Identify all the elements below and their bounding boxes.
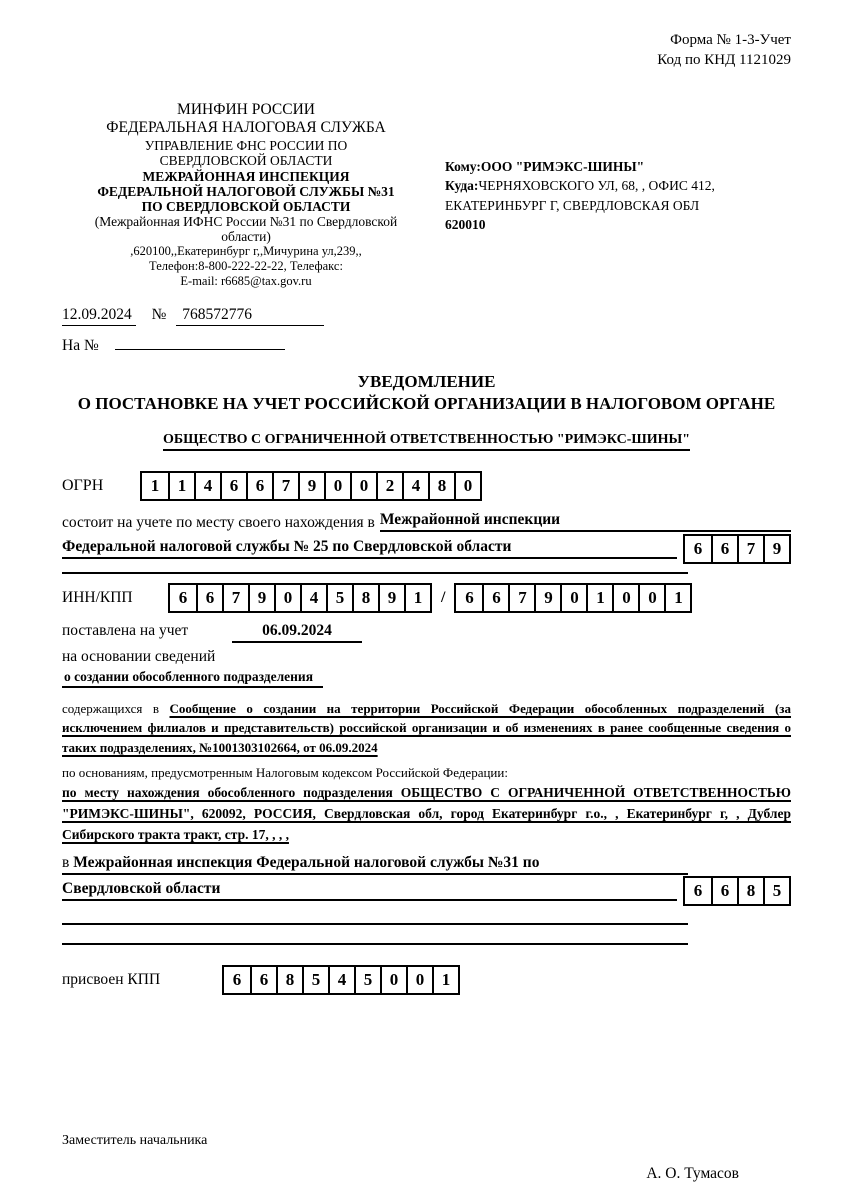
recipient-to: Кому:ООО "РИМЭКС-ШИНЫ" [445, 157, 791, 177]
new-inspection-code-boxes: 6 6 8 5 [683, 876, 791, 906]
title-line1: УВЕДОМЛЕНИЕ [62, 371, 791, 392]
blank-lines [62, 905, 791, 945]
assigned-kpp-digit: 1 [432, 967, 458, 993]
registration-date-label: поставлена на учет [62, 622, 188, 639]
assigned-kpp-digit: 0 [380, 967, 406, 993]
inn-digit: 8 [352, 585, 378, 611]
recipient-postal-code: 620010 [445, 215, 791, 235]
assigned-kpp-digit: 6 [250, 967, 276, 993]
kpp-digit: 1 [586, 585, 612, 611]
reply-number-blank [115, 333, 285, 350]
letter-number: 768572776 [176, 306, 324, 326]
inn-digit: 5 [326, 585, 352, 611]
assigned-kpp-label: присвоен КПП [62, 971, 222, 989]
new-inspection-prefix: в [62, 854, 69, 871]
sender-inspection-line: ФЕДЕРАЛЬНОЙ НАЛОГОВОЙ СЛУЖБЫ №31 [62, 184, 430, 199]
sender-phone: Телефон:8-800-222-22-22, Телефакс: [62, 259, 430, 274]
ogrn-digit: 0 [324, 473, 350, 499]
title-line2: О ПОСТАНОВКЕ НА УЧЕТ РОССИЙСКОЙ ОРГАНИЗА… [62, 393, 791, 414]
document-title: УВЕДОМЛЕНИЕ О ПОСТАНОВКЕ НА УЧЕТ РОССИЙС… [62, 371, 791, 414]
form-number: Форма № 1-3-Учет [62, 30, 791, 50]
ogrn-digit: 8 [428, 473, 454, 499]
document-page: Форма № 1-3-Учет Код по КНД 1121029 МИНФ… [0, 0, 849, 1200]
registration-date-row: поставлена на учет 06.09.2024 [62, 622, 791, 643]
header: МИНФИН РОССИИ ФЕДЕРАЛЬНАЯ НАЛОГОВАЯ СЛУЖ… [62, 101, 791, 289]
signatory-name: А. О. Тумасов [62, 1165, 791, 1183]
new-inspection-authority-line2: Свердловской области [62, 880, 677, 901]
kpp-digit: 7 [508, 585, 534, 611]
assigned-kpp-digit: 8 [276, 967, 302, 993]
sender-department-line: СВЕРДЛОВСКОЙ ОБЛАСТИ [62, 153, 430, 168]
inn-digit: 6 [170, 585, 196, 611]
blank-line [62, 559, 688, 574]
inn-digit: 1 [404, 585, 430, 611]
authority-code-digit: 9 [763, 536, 789, 562]
recipient-to-label: Кому: [445, 159, 481, 174]
contained-value: Сообщение о создании на территории Росси… [62, 701, 791, 755]
ogrn-digit: 6 [246, 473, 272, 499]
ogrn-digit: 1 [168, 473, 194, 499]
inspection-code-digit: 5 [763, 878, 789, 904]
recipient-block: Кому:ООО "РИМЭКС-ШИНЫ" Куда:ЧЕРНЯХОВСКОГ… [445, 101, 791, 289]
authority-code-digit: 6 [711, 536, 737, 562]
sender-alias-line: (Межрайонная ИФНС России №31 по Свердлов… [62, 214, 430, 229]
grounds-intro: по основаниям, предусмотренным Налоговым… [62, 765, 791, 781]
organization-name: ОБЩЕСТВО С ОГРАНИЧЕННОЙ ОТВЕТСТВЕННОСТЬЮ… [163, 432, 690, 451]
kpp-digit: 0 [612, 585, 638, 611]
inn-digit: 0 [274, 585, 300, 611]
ogrn-digit: 6 [220, 473, 246, 499]
form-reference: Форма № 1-3-Учет Код по КНД 1121029 [62, 30, 791, 71]
signatory-position: Заместитель начальника [62, 1133, 791, 1149]
grounds-value: по месту нахождения обособленного подраз… [62, 783, 791, 846]
assigned-kpp-digit: 0 [406, 967, 432, 993]
inn-digit-boxes: 6 6 7 9 0 4 5 8 9 1 [168, 583, 432, 613]
sender-inspection-line: МЕЖРАЙОННАЯ ИНСПЕКЦИЯ [62, 169, 430, 184]
ogrn-digit: 7 [272, 473, 298, 499]
document-content: Форма № 1-3-Учет Код по КНД 1121029 МИНФ… [0, 0, 849, 1200]
assigned-kpp-digit: 4 [328, 967, 354, 993]
new-inspection-line2: Свердловской области 6 6 8 5 [62, 876, 791, 901]
inn-digit: 6 [196, 585, 222, 611]
sender-inspection-line: ПО СВЕРДЛОВСКОЙ ОБЛАСТИ [62, 199, 430, 214]
kpp-digit: 6 [482, 585, 508, 611]
knd-code: Код по КНД 1121029 [62, 50, 791, 70]
ogrn-digit: 0 [454, 473, 480, 499]
reply-label: На № [62, 337, 99, 354]
basis-value: о создании обособленного подразделения [62, 669, 323, 688]
outgoing-ref-row: 12.09.2024 № 768572776 [62, 306, 791, 326]
registered-at-line1: состоит на учете по месту своего нахожде… [62, 511, 791, 532]
kpp-digit: 9 [534, 585, 560, 611]
inn-kpp-row: ИНН/КПП 6 6 7 9 0 4 5 8 9 1 / 6 6 7 9 0 … [62, 583, 791, 613]
registered-at-section: состоит на учете по месту своего нахожде… [62, 511, 791, 574]
assigned-kpp-digit: 5 [302, 967, 328, 993]
authority-code-digit: 7 [737, 536, 763, 562]
recipient-addr-label: Куда: [445, 178, 478, 193]
ogrn-digit: 0 [350, 473, 376, 499]
ogrn-digit: 4 [402, 473, 428, 499]
assigned-kpp-row: присвоен КПП 6 6 8 5 4 5 0 0 1 [62, 965, 791, 995]
kpp-digit: 0 [638, 585, 664, 611]
contained-paragraph: содержащихся в Сообщение о создании на т… [62, 699, 791, 758]
recipient-address: Куда:ЧЕРНЯХОВСКОГО УЛ, 68, , ОФИС 412, Е… [445, 176, 791, 215]
contained-prefix: содержащихся в [62, 701, 159, 716]
ogrn-digit: 2 [376, 473, 402, 499]
sender-block: МИНФИН РОССИИ ФЕДЕРАЛЬНАЯ НАЛОГОВАЯ СЛУЖ… [62, 101, 430, 289]
blank-line [62, 905, 688, 925]
ogrn-digit-boxes: 1 1 4 6 6 7 9 0 0 2 4 8 0 [140, 471, 482, 501]
kpp-digit: 1 [664, 585, 690, 611]
organization-name-wrap: ОБЩЕСТВО С ОГРАНИЧЕННОЙ ОТВЕТСТВЕННОСТЬЮ… [62, 430, 791, 451]
inn-kpp-slash: / [441, 589, 445, 607]
number-sign: № [152, 306, 167, 323]
kpp-digit-boxes: 6 6 7 9 0 1 0 0 1 [454, 583, 692, 613]
kpp-digit: 0 [560, 585, 586, 611]
ogrn-row: ОГРН 1 1 4 6 6 7 9 0 0 2 4 8 0 [62, 471, 791, 501]
registration-date: 06.09.2024 [232, 622, 362, 643]
inspection-code-digit: 6 [711, 878, 737, 904]
reference-block: 12.09.2024 № 768572776 На № [62, 306, 791, 355]
assigned-kpp-digit: 6 [224, 967, 250, 993]
new-inspection-line1: в Межрайонная инспекция Федеральной нало… [62, 854, 688, 875]
recipient-to-value: ООО "РИМЭКС-ШИНЫ" [481, 159, 644, 174]
registered-authority-line2: Федеральной налоговой службы № 25 по Све… [62, 538, 677, 559]
recipient-addr-value: ЧЕРНЯХОВСКОГО УЛ, 68, , ОФИС 412, ЕКАТЕР… [445, 178, 715, 213]
kpp-digit: 6 [456, 585, 482, 611]
blank-line [62, 925, 688, 945]
new-inspection-section: в Межрайонная инспекция Федеральной нало… [62, 854, 791, 945]
ogrn-digit: 4 [194, 473, 220, 499]
registered-authority-line1: Межрайонной инспекции [380, 511, 791, 532]
inn-digit: 7 [222, 585, 248, 611]
inspection-code-digit: 6 [685, 878, 711, 904]
sender-address: ,620100,,Екатеринбург г,,Мичурина ул,239… [62, 244, 430, 259]
assigned-kpp-digit: 5 [354, 967, 380, 993]
inn-digit: 4 [300, 585, 326, 611]
letter-date: 12.09.2024 [62, 306, 136, 326]
sender-ministry: МИНФИН РОССИИ [62, 101, 430, 120]
sender-alias-line: области) [62, 229, 430, 244]
sender-email: E-mail: r6685@tax.gov.ru [62, 274, 430, 289]
inn-kpp-label: ИНН/КПП [62, 589, 168, 607]
ogrn-digit: 9 [298, 473, 324, 499]
basis-label: на основании сведений [62, 648, 791, 666]
ogrn-digit: 1 [142, 473, 168, 499]
sender-service: ФЕДЕРАЛЬНАЯ НАЛОГОВАЯ СЛУЖБА [62, 119, 430, 138]
inn-digit: 9 [248, 585, 274, 611]
inn-digit: 9 [378, 585, 404, 611]
registered-authority-code-boxes: 6 6 7 9 [683, 534, 791, 564]
reply-ref-row: На № [62, 333, 791, 355]
ogrn-label: ОГРН [62, 477, 140, 495]
assigned-kpp-digit-boxes: 6 6 8 5 4 5 0 0 1 [222, 965, 460, 995]
registered-at-prefix: состоит на учете по месту своего нахожде… [62, 514, 375, 532]
authority-code-digit: 6 [685, 536, 711, 562]
sender-department-line: УПРАВЛЕНИЕ ФНС РОССИИ ПО [62, 138, 430, 153]
inspection-code-digit: 8 [737, 878, 763, 904]
registered-at-line2: Федеральной налоговой службы № 25 по Све… [62, 534, 791, 559]
new-inspection-authority-line1: Межрайонная инспекция Федеральной налого… [73, 854, 539, 871]
